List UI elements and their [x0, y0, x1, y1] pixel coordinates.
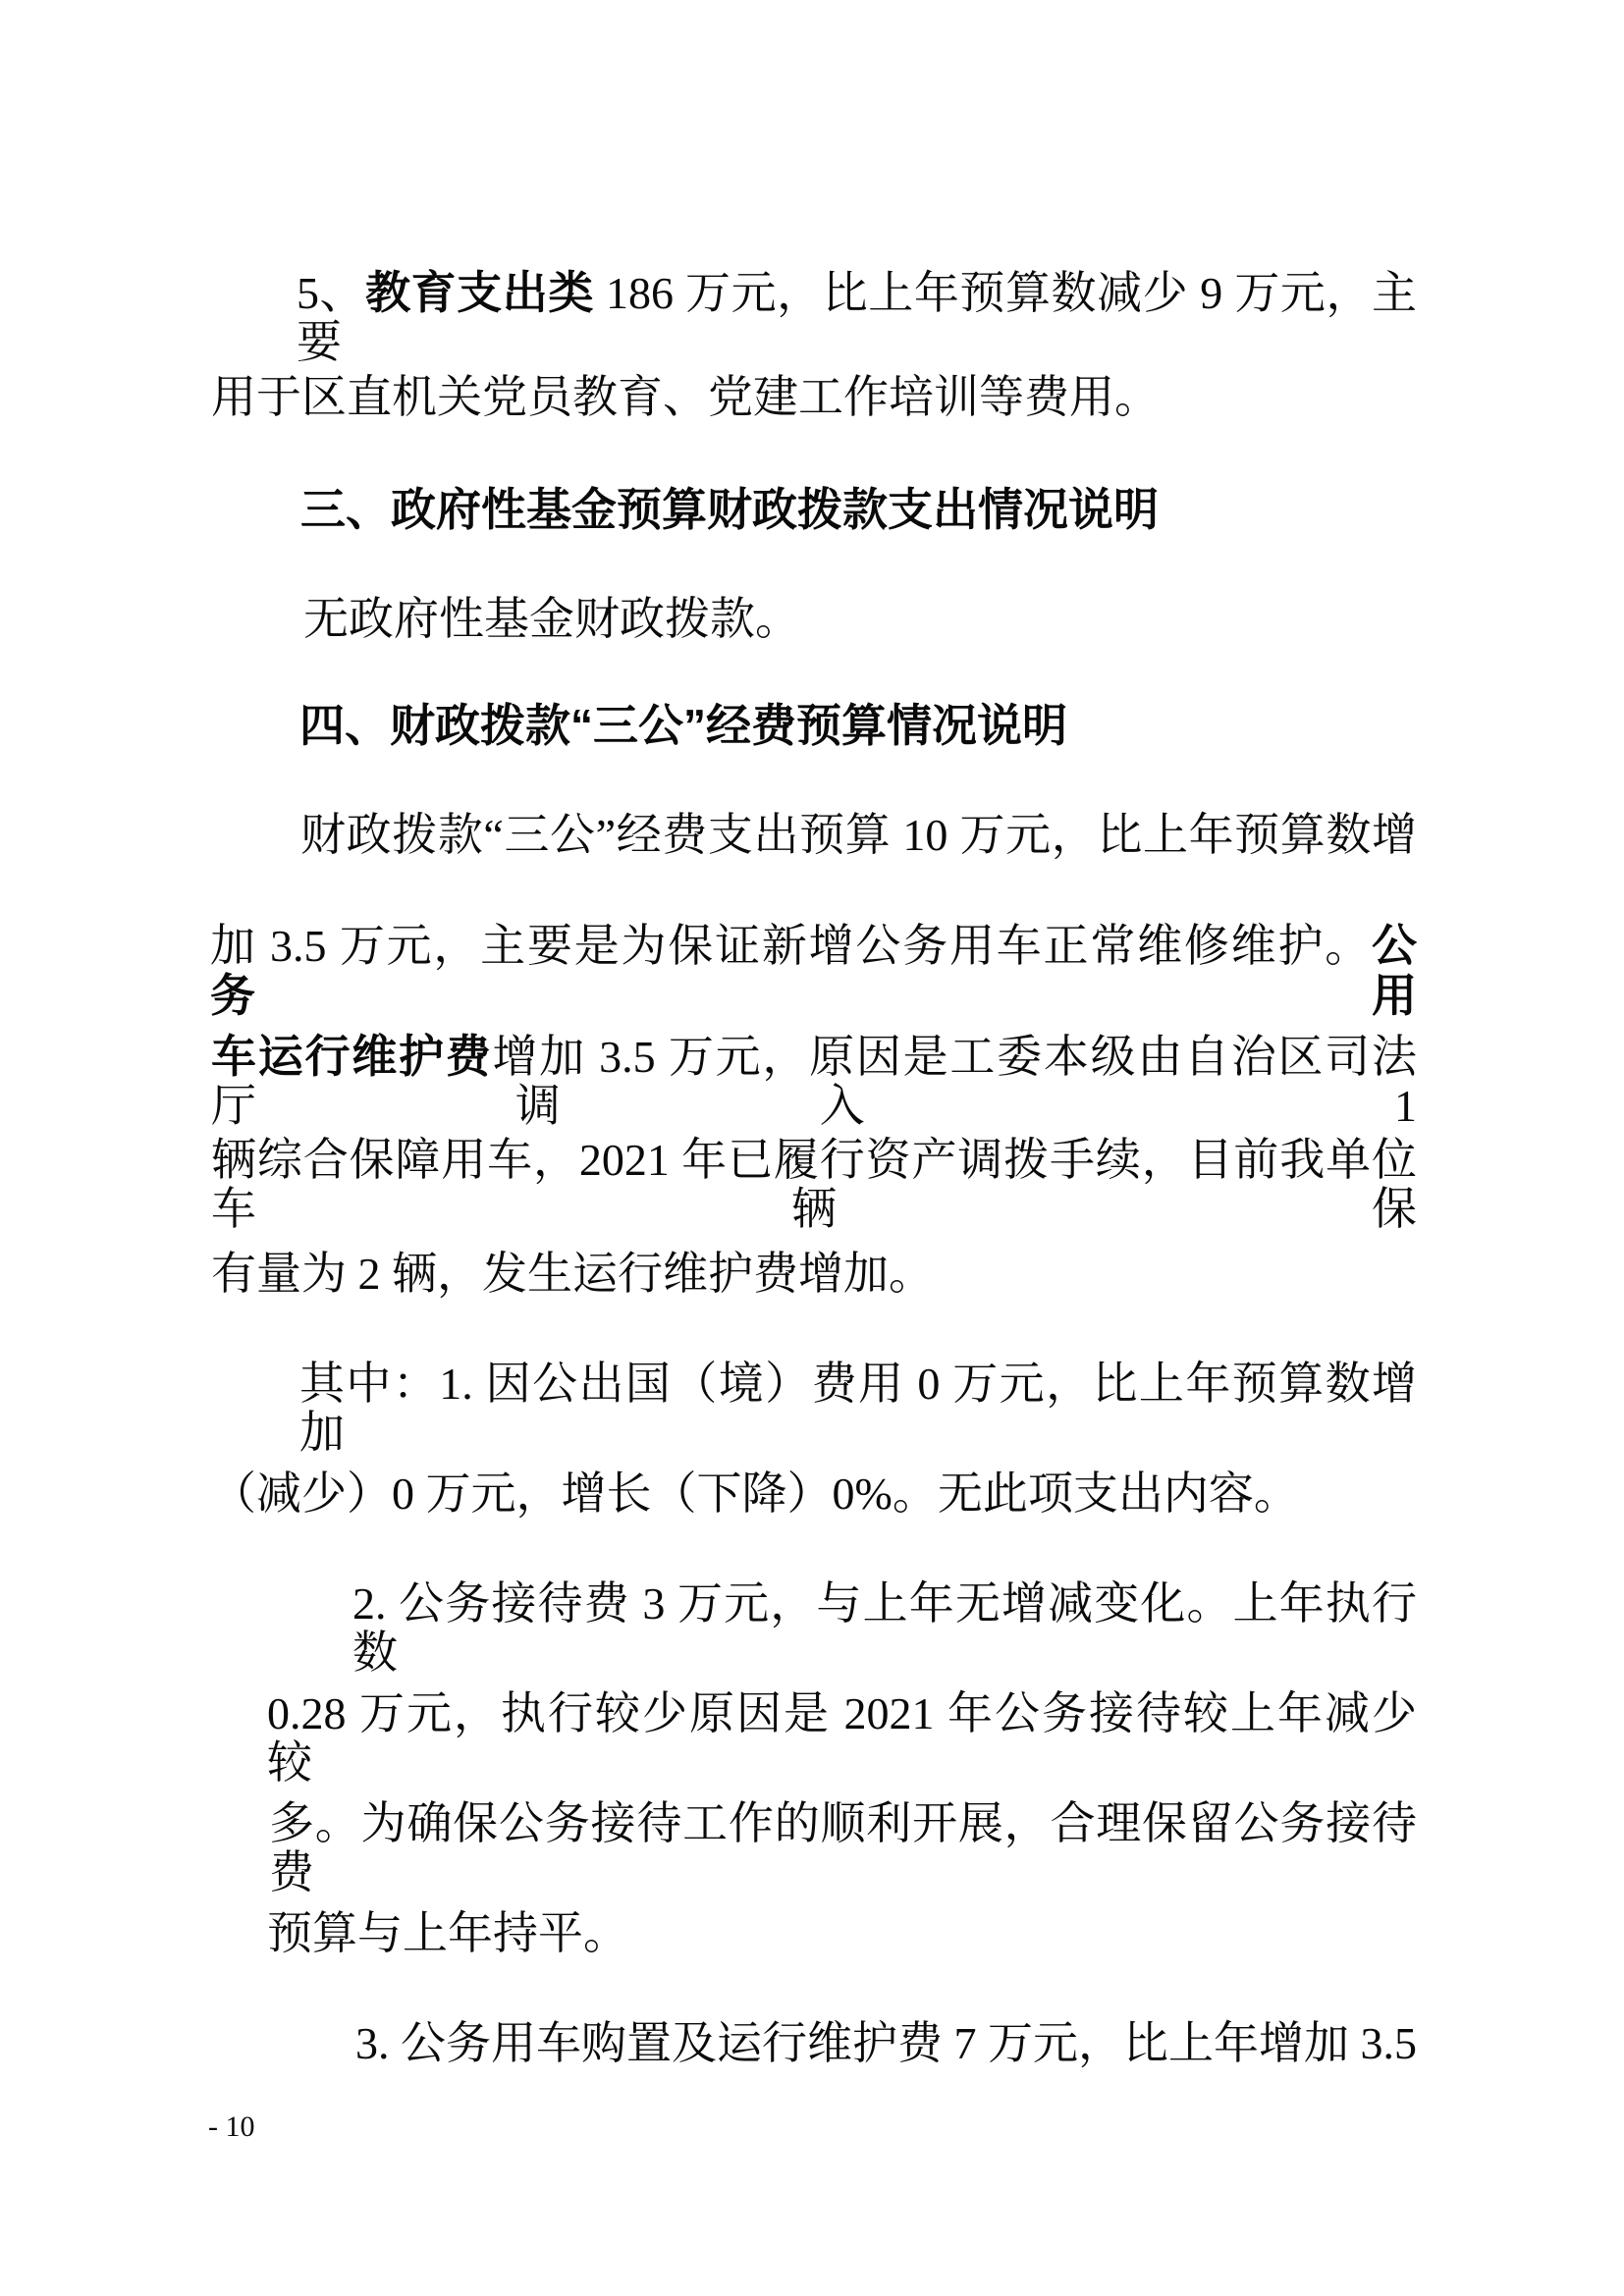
text-segment: 加 3.5 万元，主要是为保证新增公务用车正常维修维护。: [210, 921, 1372, 971]
section-heading-4: 四、财政拨款“三公”经费预算情况说明: [299, 701, 1417, 750]
text-segment: 财政拨款“三公”经费支出预算 10 万元，比上年预算数增: [300, 810, 1417, 860]
text-line: 财政拨款“三公”经费支出预算 10 万元，比上年预算数增: [300, 811, 1417, 860]
text-segment: 无政府性基金财政拨款。: [303, 594, 800, 644]
text-line: 加 3.5 万元，主要是为保证新增公务用车正常维修维护。公务用: [210, 921, 1417, 1021]
text-segment: 预算与上年持平。: [267, 1908, 628, 1958]
text-line: 无政府性基金财政拨款。: [303, 595, 1417, 644]
bold-segment: 教育支出类: [365, 267, 594, 318]
text-segment: 用于区直机关党员教育、党建工作培训等费用。: [211, 372, 1160, 422]
text-line: 其中：1. 因公出国（境）费用 0 万元，比上年预算数增加: [299, 1360, 1417, 1458]
text-segment: 3. 公务用车购置及运行维护费 7 万元，比上年增加 3.5: [355, 2018, 1417, 2068]
text-segment: 有量为 2 辆，发生运行维护费增加。: [211, 1249, 934, 1299]
text-segment: 辆综合保障用车，2021 年已履行资产调拨手续，目前我单位车辆保: [211, 1135, 1417, 1234]
text-line: 预算与上年持平。: [267, 1909, 1417, 1958]
text-segment: 2. 公务接待费 3 万元，与上年无增减变化。上年执行数: [352, 1578, 1417, 1678]
document-page: 5、教育支出类 186 万元，比上年预算数减少 9 万元，主要 用于区直机关党员…: [0, 0, 1624, 2296]
text-segment: 其中：1. 因公出国（境）费用 0 万元，比上年预算数增加: [299, 1359, 1417, 1458]
text-line: （减少）0 万元，增长（下降）0%。无此项支出内容。: [211, 1469, 1417, 1519]
heading-text: 四、财政拨款“三公”经费预算情况说明: [299, 700, 1067, 751]
page-number: - 10: [208, 2110, 255, 2144]
text-segment: 5、: [297, 268, 365, 318]
text-line: 0.28 万元，执行较少原因是 2021 年公务接待较上年减少较: [267, 1689, 1417, 1788]
text-segment: 0.28 万元，执行较少原因是 2021 年公务接待较上年减少较: [267, 1688, 1417, 1788]
text-line: 多。为确保公务接待工作的顺利开展，合理保留公务接待费: [269, 1799, 1417, 1897]
text-line: 有量为 2 辆，发生运行维护费增加。: [211, 1250, 1417, 1299]
text-line: 辆综合保障用车，2021 年已履行资产调拨手续，目前我单位车辆保: [211, 1136, 1417, 1234]
text-segment: 多。为确保公务接待工作的顺利开展，合理保留公务接待费: [269, 1798, 1417, 1897]
section-heading-3: 三、政府性基金预算财政拨款支出情况说明: [300, 485, 1417, 534]
text-segment: （减少）0 万元，增长（下降）0%。无此项支出内容。: [211, 1468, 1299, 1519]
text-line: 车运行维护费增加 3.5 万元，原因是工委本级由自治区司法厅调入 1: [211, 1032, 1417, 1131]
text-line: 2. 公务接待费 3 万元，与上年无增减变化。上年执行数: [352, 1579, 1417, 1678]
text-line: 5、教育支出类 186 万元，比上年预算数减少 9 万元，主要: [297, 268, 1417, 367]
heading-text: 三、政府性基金预算财政拨款支出情况说明: [300, 484, 1159, 535]
text-line: 3. 公务用车购置及运行维护费 7 万元，比上年增加 3.5: [355, 2019, 1417, 2068]
text-line: 用于区直机关党员教育、党建工作培训等费用。: [211, 373, 1417, 422]
bold-segment: 车运行维护费: [211, 1031, 492, 1082]
